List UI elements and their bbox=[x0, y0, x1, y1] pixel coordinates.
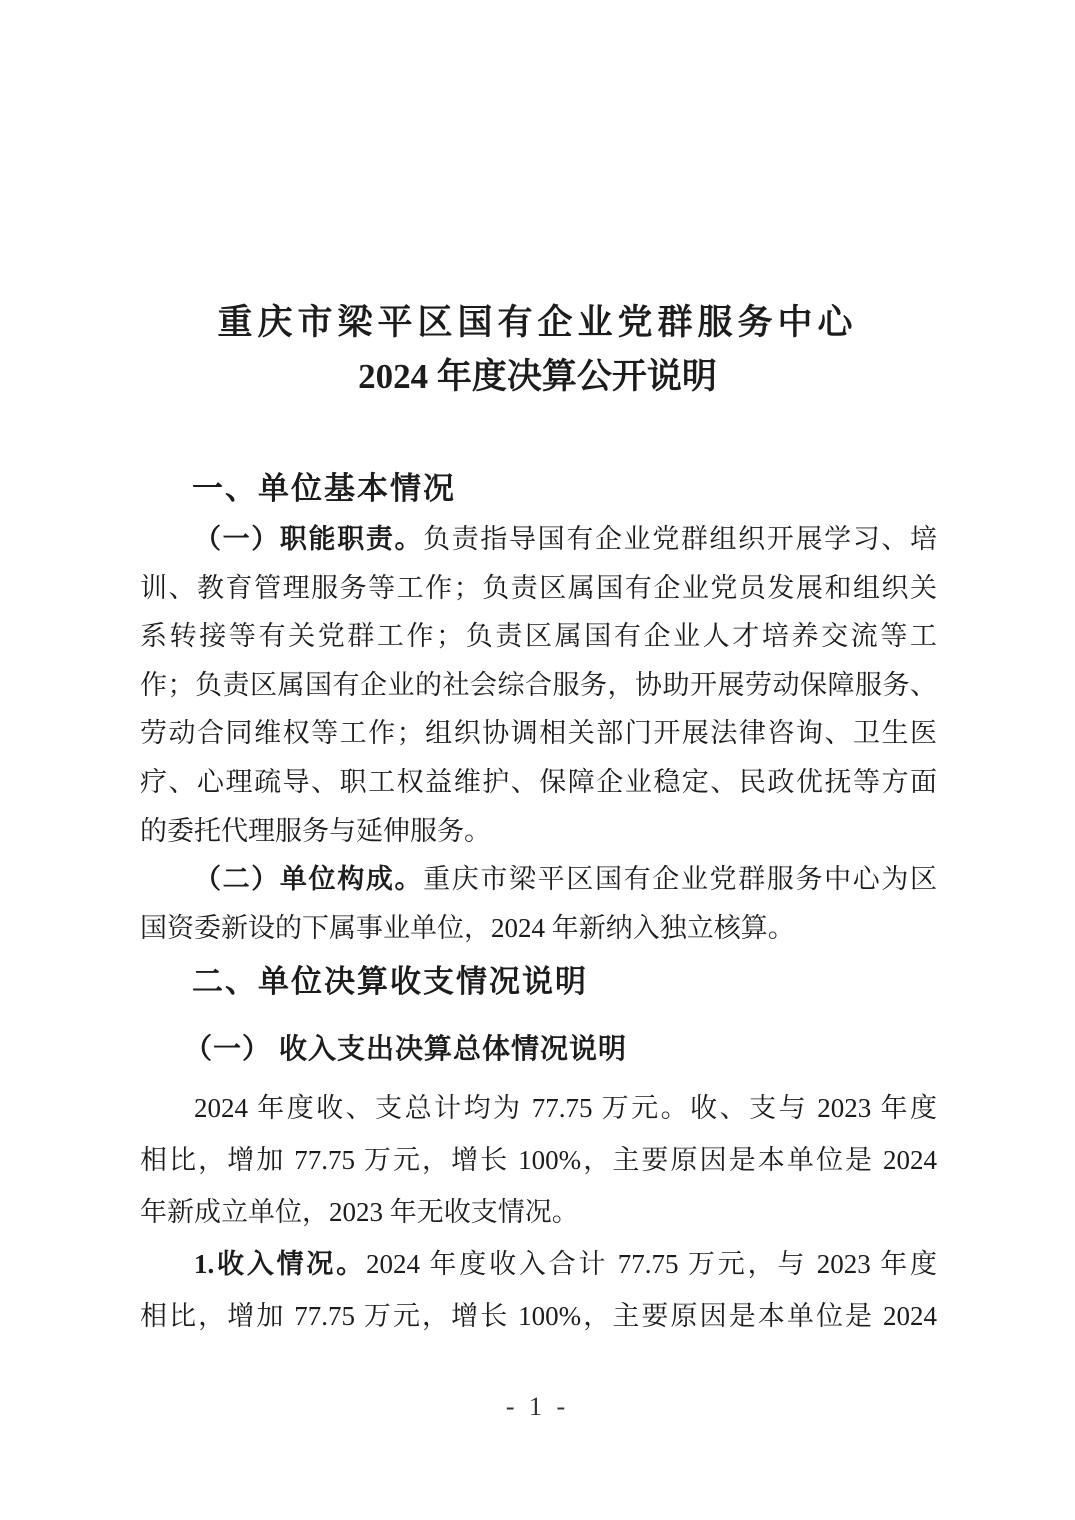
paragraph-composition: （二）单位构成。重庆市梁平区国有企业党群服务中心为区 国资委新设的下属事业单位，… bbox=[140, 855, 937, 952]
lead-duties: （一）职能职责。 bbox=[194, 524, 423, 554]
subsection-heading-overview: （一） 收入支出决算总体情况说明 bbox=[140, 1024, 937, 1076]
body-line: 训、教育管理服务等工作；负责区属国有企业党员发展和组织关 bbox=[140, 564, 937, 613]
body-line: 系转接等有关党群工作；负责区属国有企业人才培养交流等工 bbox=[140, 612, 937, 661]
body-line: 的委托代理服务与延伸服务。 bbox=[140, 807, 937, 856]
section-budget-summary: 二、单位决算收支情况说明 （一） 收入支出决算总体情况说明 2024 年度收、支… bbox=[140, 956, 937, 1342]
body-line: 年新成立单位，2023 年无收支情况。 bbox=[140, 1186, 937, 1238]
body-line: 疗、心理疏导、职工权益维护、保障企业稳定、民政优抚等方面 bbox=[140, 758, 937, 807]
document-body: 一、单位基本情况 （一）职能职责。负责指导国有企业党群组织开展学习、培 训、教育… bbox=[140, 463, 937, 1342]
body-line: 相比，增加 77.75 万元，增长 100%，主要原因是本单位是 2024 bbox=[140, 1290, 937, 1342]
paragraph-income: 1.收入情况。2024 年度收入合计 77.75 万元，与 2023 年度 相比… bbox=[140, 1238, 937, 1342]
body-line: 2024 年度收、支总计均为 77.75 万元。收、支与 2023 年度 bbox=[140, 1082, 937, 1134]
paragraph-overview: 2024 年度收、支总计均为 77.75 万元。收、支与 2023 年度 相比，… bbox=[140, 1082, 937, 1238]
section-basic-info: 一、单位基本情况 （一）职能职责。负责指导国有企业党群组织开展学习、培 训、教育… bbox=[140, 463, 937, 952]
document-page: 重庆市梁平区国有企业党群服务中心 2024 年度决算公开说明 一、单位基本情况 … bbox=[0, 0, 1075, 1520]
document-title: 重庆市梁平区国有企业党群服务中心 2024 年度决算公开说明 bbox=[0, 296, 1075, 404]
body-line: 1.收入情况。2024 年度收入合计 77.75 万元，与 2023 年度 bbox=[140, 1238, 937, 1290]
body-line: 国资委新设的下属事业单位，2024 年新纳入独立核算。 bbox=[140, 904, 937, 953]
section-heading-budget: 二、单位决算收支情况说明 bbox=[140, 956, 937, 1008]
page-number: - 1 - bbox=[0, 1392, 1075, 1422]
section-heading-basic-info: 一、单位基本情况 bbox=[140, 463, 937, 515]
title-line-1: 重庆市梁平区国有企业党群服务中心 bbox=[0, 296, 1075, 350]
body-line: （二）单位构成。重庆市梁平区国有企业党群服务中心为区 bbox=[140, 855, 937, 904]
lead-composition: （二）单位构成。 bbox=[194, 864, 423, 894]
body-line: 劳动合同维权等工作；组织协调相关部门开展法律咨询、卫生医 bbox=[140, 709, 937, 758]
lead-income: 1.收入情况。 bbox=[194, 1249, 366, 1279]
body-line: 相比，增加 77.75 万元，增长 100%，主要原因是本单位是 2024 bbox=[140, 1134, 937, 1186]
body-line: （一）职能职责。负责指导国有企业党群组织开展学习、培 bbox=[140, 515, 937, 564]
body-line: 作；负责区属国有企业的社会综合服务，协助开展劳动保障服务、 bbox=[140, 661, 937, 710]
body-line-text: 2024 年度收入合计 77.75 万元，与 2023 年度 bbox=[366, 1249, 937, 1279]
paragraph-duties: （一）职能职责。负责指导国有企业党群组织开展学习、培 训、教育管理服务等工作；负… bbox=[140, 515, 937, 855]
title-line-2: 2024 年度决算公开说明 bbox=[0, 350, 1075, 404]
body-line-text: 负责指导国有企业党群组织开展学习、培 bbox=[423, 524, 937, 554]
body-line-text: 重庆市梁平区国有企业党群服务中心为区 bbox=[423, 864, 937, 894]
